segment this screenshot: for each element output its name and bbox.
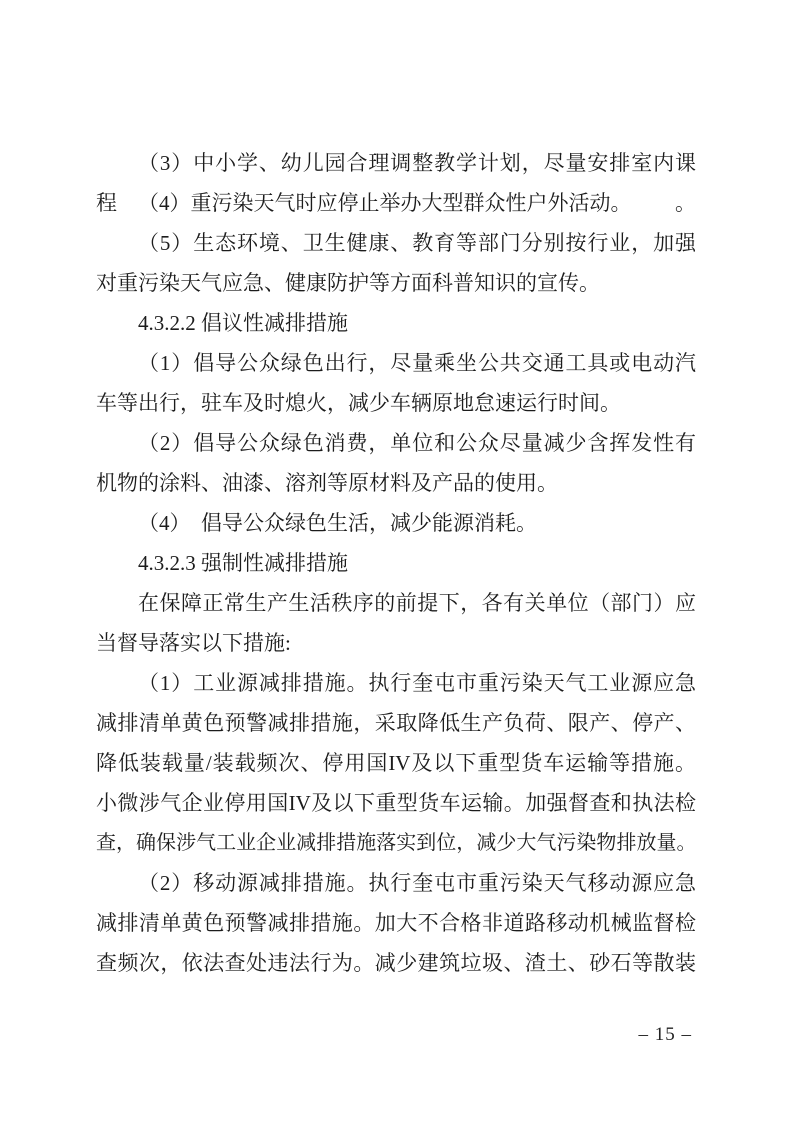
text-line: （4）重污染天气时应停止举办大型群众性户外活动。 (96, 183, 696, 223)
text-line: 查频次，依法查处违法行为。减少建筑垃圾、渣土、砂石等散装 (96, 943, 696, 983)
text-line: 减排清单黄色预警减排措施，采取降低生产负荷、限产、停产、 (96, 703, 696, 743)
text-line: 当督导落实以下措施: (96, 623, 696, 663)
text-line: 机物的涂料、油漆、溶剂等原材料及产品的使用。 (96, 463, 696, 503)
text-line: （1）倡导公众绿色出行，尽量乘坐公共交通工具或电动汽 (96, 343, 696, 383)
text-line: 对重污染天气应急、健康防护等方面科普知识的宣传。 (96, 263, 696, 303)
text-line: （3）中小学、幼儿园合理调整教学计划，尽量安排室内课程。 (96, 143, 696, 183)
text-line: （5）生态环境、卫生健康、教育等部门分别按行业，加强 (96, 223, 696, 263)
text-line: 小微涉气企业停用国IV及以下重型货车运输。加强督查和执法检 (96, 783, 696, 823)
section-heading: 4.3.2.3 强制性减排措施 (96, 543, 696, 583)
document-body: （3）中小学、幼儿园合理调整教学计划，尽量安排室内课程。 （4）重污染天气时应停… (96, 143, 696, 983)
text-line: （2）倡导公众绿色消费，单位和公众尽量减少含挥发性有 (96, 423, 696, 463)
text-line: 减排清单黄色预警减排措施。加大不合格非道路移动机械监督检 (96, 903, 696, 943)
text-line: 查，确保涉气工业企业减排措施落实到位，减少大气污染物排放量。 (96, 823, 696, 863)
section-heading: 4.3.2.2 倡议性减排措施 (96, 303, 696, 343)
text-line: （1）工业源减排措施。执行奎屯市重污染天气工业源应急 (96, 663, 696, 703)
text-line: 降低装载量/装载频次、停用国IV及以下重型货车运输等措施。 (96, 743, 696, 783)
document-page: （3）中小学、幼儿园合理调整教学计划，尽量安排室内课程。 （4）重污染天气时应停… (0, 0, 793, 1121)
text-line: 在保障正常生产生活秩序的前提下，各有关单位（部门）应 (96, 583, 696, 623)
text-line: （2）移动源减排措施。执行奎屯市重污染天气移动源应急 (96, 863, 696, 903)
page-number: – 15 – (639, 1024, 693, 1046)
text-line: 车等出行，驻车及时熄火，减少车辆原地怠速运行时间。 (96, 383, 696, 423)
text-line: （4） 倡导公众绿色生活，减少能源消耗。 (96, 503, 696, 543)
